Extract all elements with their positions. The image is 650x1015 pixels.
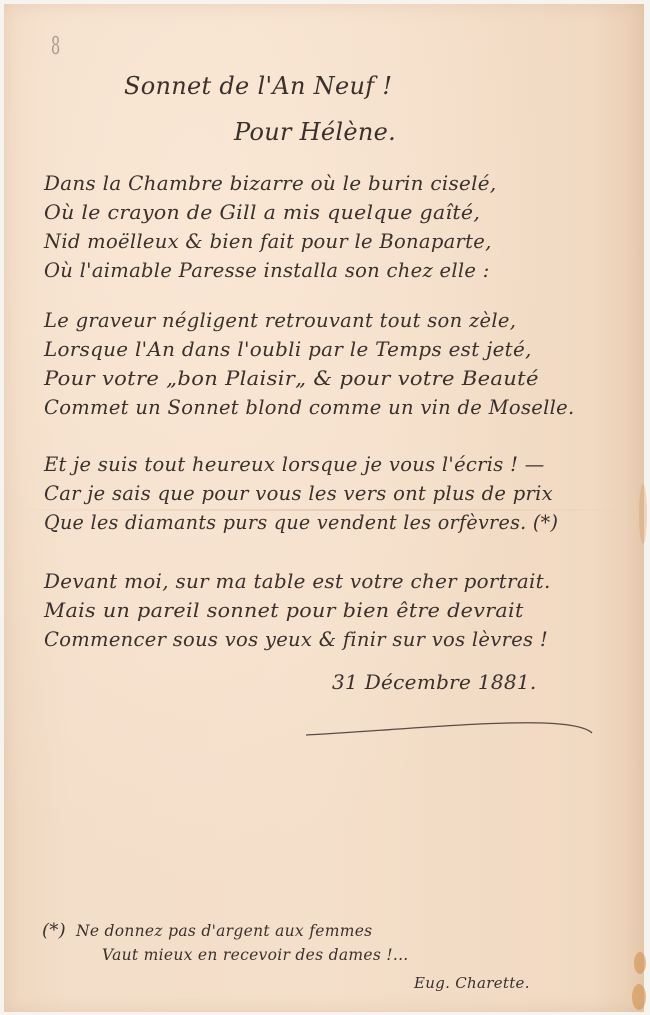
verse-line: Lorsque l'An dans l'oubli par le Temps e… [44, 335, 585, 364]
poem-date: 31 Décembre 1881. [332, 670, 537, 694]
poem-dedication: Pour Hélène. [234, 118, 396, 146]
poem-title: Sonnet de l'An Neuf ! [124, 72, 392, 100]
stanza-3: Et je suis tout heureux lorsque je vous … [44, 450, 569, 537]
decorative-flourish-rule [304, 719, 594, 739]
stanza-4: Devant moi, sur ma table est votre cher … [44, 567, 548, 654]
verse-line: Que les diamants purs que vendent les or… [44, 508, 558, 537]
paper-stain [639, 484, 647, 544]
verse-line: Où le crayon de Gill a mis quelque gaîté… [44, 198, 514, 227]
paper-stain [632, 984, 646, 1010]
verse-line: Commet un Sonnet blond comme un vin de M… [44, 393, 575, 422]
page-number: 8 [51, 32, 60, 60]
verse-line: Où l'aimable Paresse installa son chez e… [44, 256, 492, 285]
verse-line: Car je sais que pour vous les vers ont p… [44, 479, 569, 508]
stanza-1: Dans la Chambre bizarre où le burin cise… [44, 169, 492, 285]
verse-line: Devant moi, sur ma table est votre cher … [44, 567, 558, 596]
manuscript-page: 8 Sonnet de l'An Neuf ! Pour Hélène. Dan… [4, 4, 644, 1012]
footnote-line: Vaut mieux en recevoir des dames !... [42, 943, 409, 967]
footnote-marker: (*) [42, 920, 66, 941]
verse-line: Mais un pareil sonnet pour bien être dev… [44, 596, 578, 625]
verse-line: Et je suis tout heureux lorsque je vous … [44, 450, 569, 479]
author-signature: Eug. Charette. [414, 974, 530, 992]
verse-line: Dans la Chambre bizarre où le burin cise… [44, 169, 501, 198]
stanza-2: Le graveur négligent retrouvant tout son… [44, 306, 575, 422]
verse-line: Commencer sous vos yeux & finir sur vos … [44, 625, 548, 654]
paper-stain [634, 952, 646, 974]
verse-line: Le graveur négligent retrouvant tout son… [44, 306, 575, 335]
verse-line: Pour votre „bon Plaisir„ & pour votre Be… [44, 364, 617, 393]
verse-line: Nid moëlleux & bien fait pour le Bonapar… [44, 227, 492, 256]
footnote: (*)Ne donnez pas d'argent aux femmes Vau… [42, 919, 409, 967]
footnote-line: (*)Ne donnez pas d'argent aux femmes [42, 919, 409, 943]
